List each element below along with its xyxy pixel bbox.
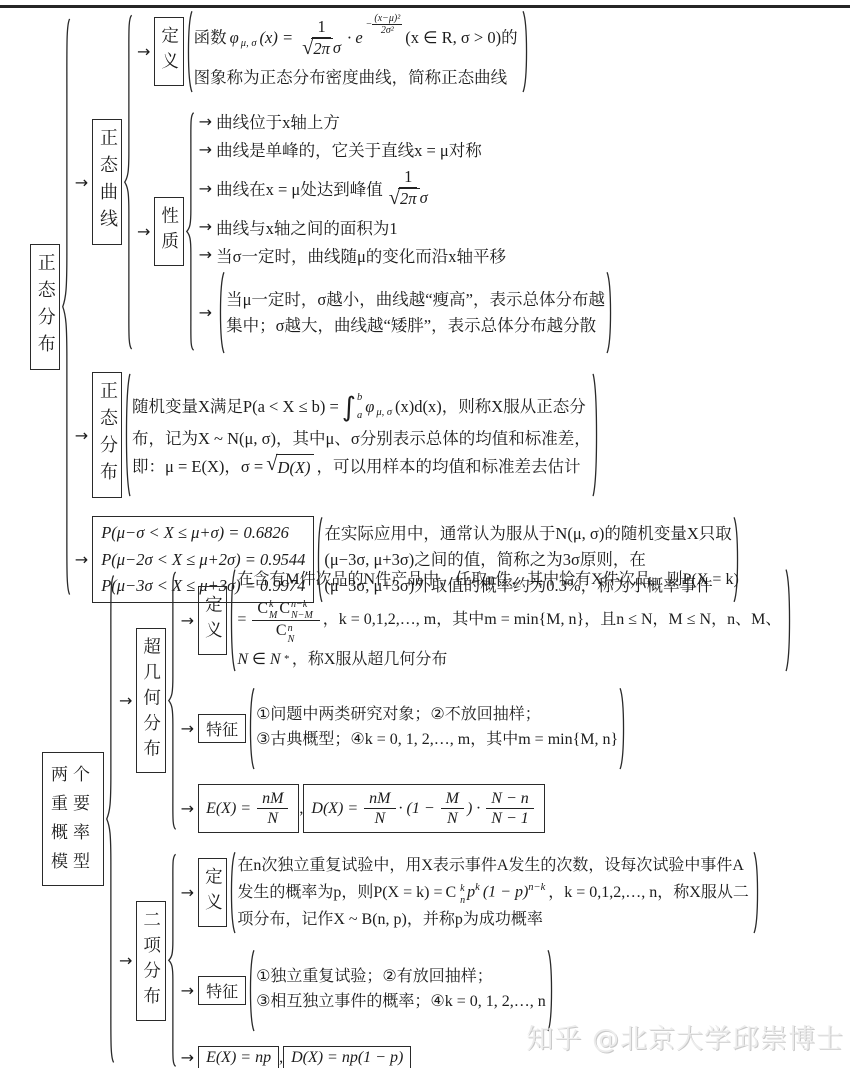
property-item: → 当σ一定时，曲线随μ的变化而沿x轴平移 xyxy=(195,243,615,267)
denominator: √ 2π σ xyxy=(299,38,344,59)
sub: N−M xyxy=(291,610,313,622)
open-paren-icon xyxy=(227,568,237,673)
brace-icon xyxy=(104,568,115,1068)
lower-bound: a xyxy=(357,408,362,424)
sup: k xyxy=(460,883,464,895)
text: 在实际应用中，通常认为服从于N(μ, σ)的随机变量X只取 xyxy=(324,521,731,547)
sup: * xyxy=(284,652,289,668)
fraction: 1 √ 2π σ xyxy=(299,17,344,59)
property-text: 曲线在x = μ处达到峰值 xyxy=(216,176,383,200)
text: ③古典概型；④k = 0, 1, 2,…, m，其中m = min{M, n} xyxy=(256,728,618,753)
text: 图象称为正态分布密度曲线，简称正态曲线 xyxy=(194,65,521,91)
fraction: nM N xyxy=(364,789,395,828)
node-normal-curve: 正态曲线 xyxy=(92,119,122,245)
binom-definition-text: 在n次独立重复试验中，用X表示事件A发生的次数，设每次试验中事件A 发生的概率为… xyxy=(237,854,752,933)
text: 在含有M件次品的N件产品中，任取n件，其中恰有X件次品，则P(X = k) xyxy=(237,568,784,593)
equals: = xyxy=(237,608,246,633)
phi-subscript: μ, σ xyxy=(376,405,392,421)
branch-hyper-features: → 特征 ①问题中两类研究对象；②不放回抽样； ③古典概型；④k = 0, 1,… xyxy=(177,687,795,770)
C-scripts: kM xyxy=(269,599,277,622)
integral-sign: ∫ xyxy=(342,394,356,421)
close-paren-icon xyxy=(784,568,794,673)
denominator: N xyxy=(375,809,386,828)
open-paren-icon xyxy=(246,687,256,770)
denominator: N xyxy=(447,809,458,828)
C-scripts: nN xyxy=(288,623,295,646)
sub: M xyxy=(269,610,277,622)
definition-label: 定义 xyxy=(198,586,227,655)
arrow-icon: → xyxy=(115,691,136,710)
arrow-icon: → xyxy=(71,550,92,569)
variance-box: D(X) = nM N · (1 − M N ) · xyxy=(303,784,544,833)
numerator: nM xyxy=(257,789,288,809)
branch-hyper-expectation: → E(X) = nM N , D(X) = xyxy=(177,784,795,833)
arrow-icon: → xyxy=(71,426,92,445)
radicand: D(X) xyxy=(276,454,314,481)
denominator: √ 2π σ xyxy=(386,188,431,209)
text: N ∈ N xyxy=(237,648,280,673)
text: ，称X服从超几何分布 xyxy=(292,648,448,673)
sqrt: √ D(X) xyxy=(266,454,313,481)
fraction: nM N xyxy=(257,789,288,828)
minus: − xyxy=(366,19,373,31)
q-term: (1 − p)n−k xyxy=(483,880,545,905)
branch-curve-definition: → 定义 函数 φ μ, σ (x) = 1 xyxy=(133,10,615,93)
text: 随机变量X满足P(a < X ≤ b) = xyxy=(132,394,339,420)
node-normal-distribution: 正态分布 xyxy=(30,244,60,370)
text: 集中；σ越大，曲线越“矮胖”，表示总体分布越分散 xyxy=(226,313,605,339)
brace-icon xyxy=(184,109,195,354)
fraction: N − n N − 1 xyxy=(486,789,533,828)
brace-icon xyxy=(166,851,177,1068)
arrow-icon: → xyxy=(177,883,198,902)
open-paren-icon xyxy=(227,851,237,934)
property-text: 曲线位于x轴上方 xyxy=(216,109,340,133)
curve-definition-text: 函数 φ μ, σ (x) = 1 √ 2π xyxy=(194,13,521,91)
top-rule xyxy=(0,5,850,8)
branch-normal-dist-definition: → 正态分布 随机变量X满足P(a < X ≤ b) = ∫ b a φ xyxy=(71,372,742,498)
C-scripts: kn xyxy=(460,883,465,906)
arrow-icon: → xyxy=(177,719,198,738)
arrow-icon: → xyxy=(195,245,216,264)
sup: n−k xyxy=(291,599,307,611)
text: 函数 xyxy=(194,25,227,51)
text: 在n次独立重复试验中，用X表示事件A发生的次数，设每次试验中事件A xyxy=(237,854,752,879)
arrow-icon: → xyxy=(115,951,136,970)
text: ，k = 0,1,2,…, n，称X服从二 xyxy=(548,881,749,906)
branch-normal-curve: → 正态曲线 → 定义 函数 φ xyxy=(71,10,742,354)
exponent: − (x−μ)² 2σ² xyxy=(366,13,403,37)
property-item: → 曲线在x = μ处达到峰值 1 √ 2π σ xyxy=(195,165,615,211)
numerator: 1 xyxy=(399,167,417,188)
property-item: → 曲线与x轴之间的面积为1 xyxy=(195,215,615,239)
text: 发生的概率为p，则P(X = k) = xyxy=(237,881,442,906)
hyper-features-text: ①问题中两类研究对象；②不放回抽样； ③古典概型；④k = 0, 1, 2,…,… xyxy=(256,703,618,753)
arrow-icon: → xyxy=(133,42,154,61)
close-paren-icon xyxy=(591,372,601,498)
text: ) · xyxy=(467,800,480,818)
sup: n xyxy=(288,623,293,635)
text: ①独立重复试验；②有放回抽样； xyxy=(256,965,546,990)
denominator: 2σ² xyxy=(381,25,394,37)
denominator: N − 1 xyxy=(491,809,528,828)
text: 项分布，记作X ~ B(n, p)，并称p为成功概率 xyxy=(237,908,752,933)
numerator: M xyxy=(441,789,464,809)
open-paren-icon xyxy=(122,372,132,498)
property-text: 曲线与x轴之间的面积为1 xyxy=(216,215,398,239)
arrow-icon: → xyxy=(71,173,92,192)
text: ①问题中两类研究对象；②不放回抽样； xyxy=(256,703,618,728)
tiny-fraction: (x−μ)² 2σ² xyxy=(372,13,402,37)
radicand: 2π xyxy=(398,188,420,209)
branch-curve-properties: → 性质 → 曲线位于x轴上方 → 曲线是单峰的，它关于直线x = xyxy=(133,109,615,354)
arrow-icon: → xyxy=(195,140,216,159)
property-item: → 当μ一定时，σ越小，曲线越“瘦高”，表示总体分布越 集中；σ越大，曲线越“矮… xyxy=(195,271,615,354)
property-text: 当σ一定时，曲线随μ的变化而沿x轴平移 xyxy=(216,243,506,267)
C-symbol: C xyxy=(445,881,456,906)
arrow-icon: → xyxy=(195,179,216,198)
text: (x)d(x)，则称X服从正态分 xyxy=(395,394,586,420)
text: E(X) = xyxy=(206,800,251,818)
hyper-definition-text: 在含有M件次品的N件产品中，任取n件，其中恰有X件次品，则P(X = k) = … xyxy=(237,568,784,673)
fraction: CkM Cn−kN−M CnN xyxy=(252,597,319,644)
C-symbol: C xyxy=(276,621,287,640)
node-normal-dist: 正态分布 xyxy=(92,372,122,498)
radicand: 2π xyxy=(311,38,333,59)
features-label: 特征 xyxy=(198,714,246,743)
open-paren-icon xyxy=(184,10,194,93)
binom-features-text: ①独立重复试验；②有放回抽样； ③相互独立事件的概率；④k = 0, 1, 2,… xyxy=(256,965,546,1015)
denominator: CnN xyxy=(273,621,299,644)
text: (x ∈ R, σ > 0)的 xyxy=(405,25,517,51)
open-paren-icon xyxy=(246,949,256,1032)
fraction: M N xyxy=(441,789,464,828)
C-symbol: C xyxy=(279,599,290,618)
brace-icon xyxy=(60,10,71,603)
arrow-icon: → xyxy=(177,799,198,818)
node-hypergeometric: 超几何分布 xyxy=(136,628,165,774)
p-term: pk xyxy=(467,880,480,905)
watermark: 知乎 @北京大学邱崇博士 xyxy=(526,1017,844,1056)
branch-hypergeometric: → 超几何分布 → 定义 在含有M件次品的N件产品中，任取n件，其中恰有X件次品… xyxy=(115,568,794,833)
text: 即：μ = E(X)，σ = xyxy=(132,454,263,480)
numerator: nM xyxy=(364,789,395,809)
text: 布，记为X ~ N(μ, σ)，其中μ、σ分别表示总体的均值和标准差， xyxy=(132,426,591,452)
normal-distribution-tree: 正态分布 → 正态曲线 → 定义 xyxy=(30,10,742,603)
arrow-icon: → xyxy=(133,222,154,241)
brace-icon xyxy=(166,568,177,833)
text: ，k = 0,1,2,…, m，其中m = min{M, n}，且n ≤ N，M… xyxy=(323,608,782,633)
sub: N xyxy=(288,634,295,646)
close-paren-icon xyxy=(618,687,628,770)
property-item: → 曲线是单峰的，它关于直线x = μ对称 xyxy=(195,137,615,161)
text: ③相互独立事件的概率；④k = 0, 1, 2,…, n xyxy=(256,990,546,1015)
text: 当μ一定时，σ越小，曲线越“瘦高”，表示总体分布越 xyxy=(226,287,605,313)
arrow-icon: → xyxy=(177,1048,198,1067)
expectation-box: E(X) = nM N xyxy=(198,784,299,833)
arrow-icon: → xyxy=(177,981,198,1000)
normal-dist-text: 随机变量X满足P(a < X ≤ b) = ∫ b a φ μ, σ (x)d(… xyxy=(132,390,591,480)
text: · e xyxy=(347,25,363,51)
sup: k xyxy=(269,599,273,611)
phi-symbol: φ xyxy=(230,25,239,51)
definition-label: 定义 xyxy=(198,858,227,927)
arrow-icon: → xyxy=(177,611,198,630)
text: (x) = xyxy=(260,25,294,51)
text: ，可以用样本的均值和标准差去估计 xyxy=(317,454,581,480)
sigma: σ xyxy=(333,38,341,58)
property-item: → 曲线位于x轴上方 xyxy=(195,109,615,133)
property-text-multiline: 当μ一定时，σ越小，曲线越“瘦高”，表示总体分布越 集中；σ越大，曲线越“矮胖”… xyxy=(226,287,605,338)
numerator: 1 xyxy=(312,17,330,38)
fraction: 1 √ 2π σ xyxy=(386,167,431,209)
brace-icon xyxy=(122,10,133,354)
mindmap-page: 正态分布 → 正态曲线 → 定义 xyxy=(0,0,850,1068)
sub: n xyxy=(460,895,465,907)
upper-bound: b xyxy=(357,390,362,406)
arrow-icon: → xyxy=(195,217,216,236)
expectation-box: E(X) = np xyxy=(198,1046,279,1068)
text: D(X) = xyxy=(311,800,358,818)
numerator: (x−μ)² xyxy=(372,13,402,26)
branch-binom-definition: → 定义 在n次独立重复试验中，用X表示事件A发生的次数，设每次试验中事件A 发… xyxy=(177,851,762,934)
denominator: N xyxy=(267,809,278,828)
node-binomial: 二项分布 xyxy=(136,901,165,1021)
close-paren-icon xyxy=(752,851,762,934)
arrow-icon: → xyxy=(195,303,216,322)
property-text: 曲线是单峰的，它关于直线x = μ对称 xyxy=(216,137,482,161)
C-symbol: C xyxy=(257,599,268,618)
branch-hyper-definition: → 定义 在含有M件次品的N件产品中，任取n件，其中恰有X件次品，则P(X = … xyxy=(177,568,795,673)
phi-subscript: μ, σ xyxy=(241,36,257,52)
numerator: N − n xyxy=(486,789,533,809)
features-label: 特征 xyxy=(198,976,246,1005)
node-two-models: 两个重要概率模型 xyxy=(42,752,104,886)
integral-bounds: b a xyxy=(357,390,362,424)
open-paren-icon xyxy=(216,271,226,354)
phi-symbol: φ xyxy=(365,394,374,420)
properties-label: 性质 xyxy=(154,197,183,266)
probability-line: P(μ−σ < X ≤ μ+σ) = 0.6826 xyxy=(101,520,305,546)
text: · (1 − xyxy=(399,800,435,818)
close-paren-icon xyxy=(521,10,531,93)
close-paren-icon xyxy=(605,271,615,354)
probability-models-tree: 两个重要概率模型 → 超几何分布 → 定义 在 xyxy=(42,568,794,1068)
definition-label: 定义 xyxy=(154,17,183,86)
sigma: σ xyxy=(420,188,428,208)
arrow-icon: → xyxy=(195,112,216,131)
C-scripts: n−kN−M xyxy=(291,599,313,622)
numerator: CkM Cn−kN−M xyxy=(252,597,319,621)
variance-box: D(X) = np(1 − p) xyxy=(283,1046,411,1068)
